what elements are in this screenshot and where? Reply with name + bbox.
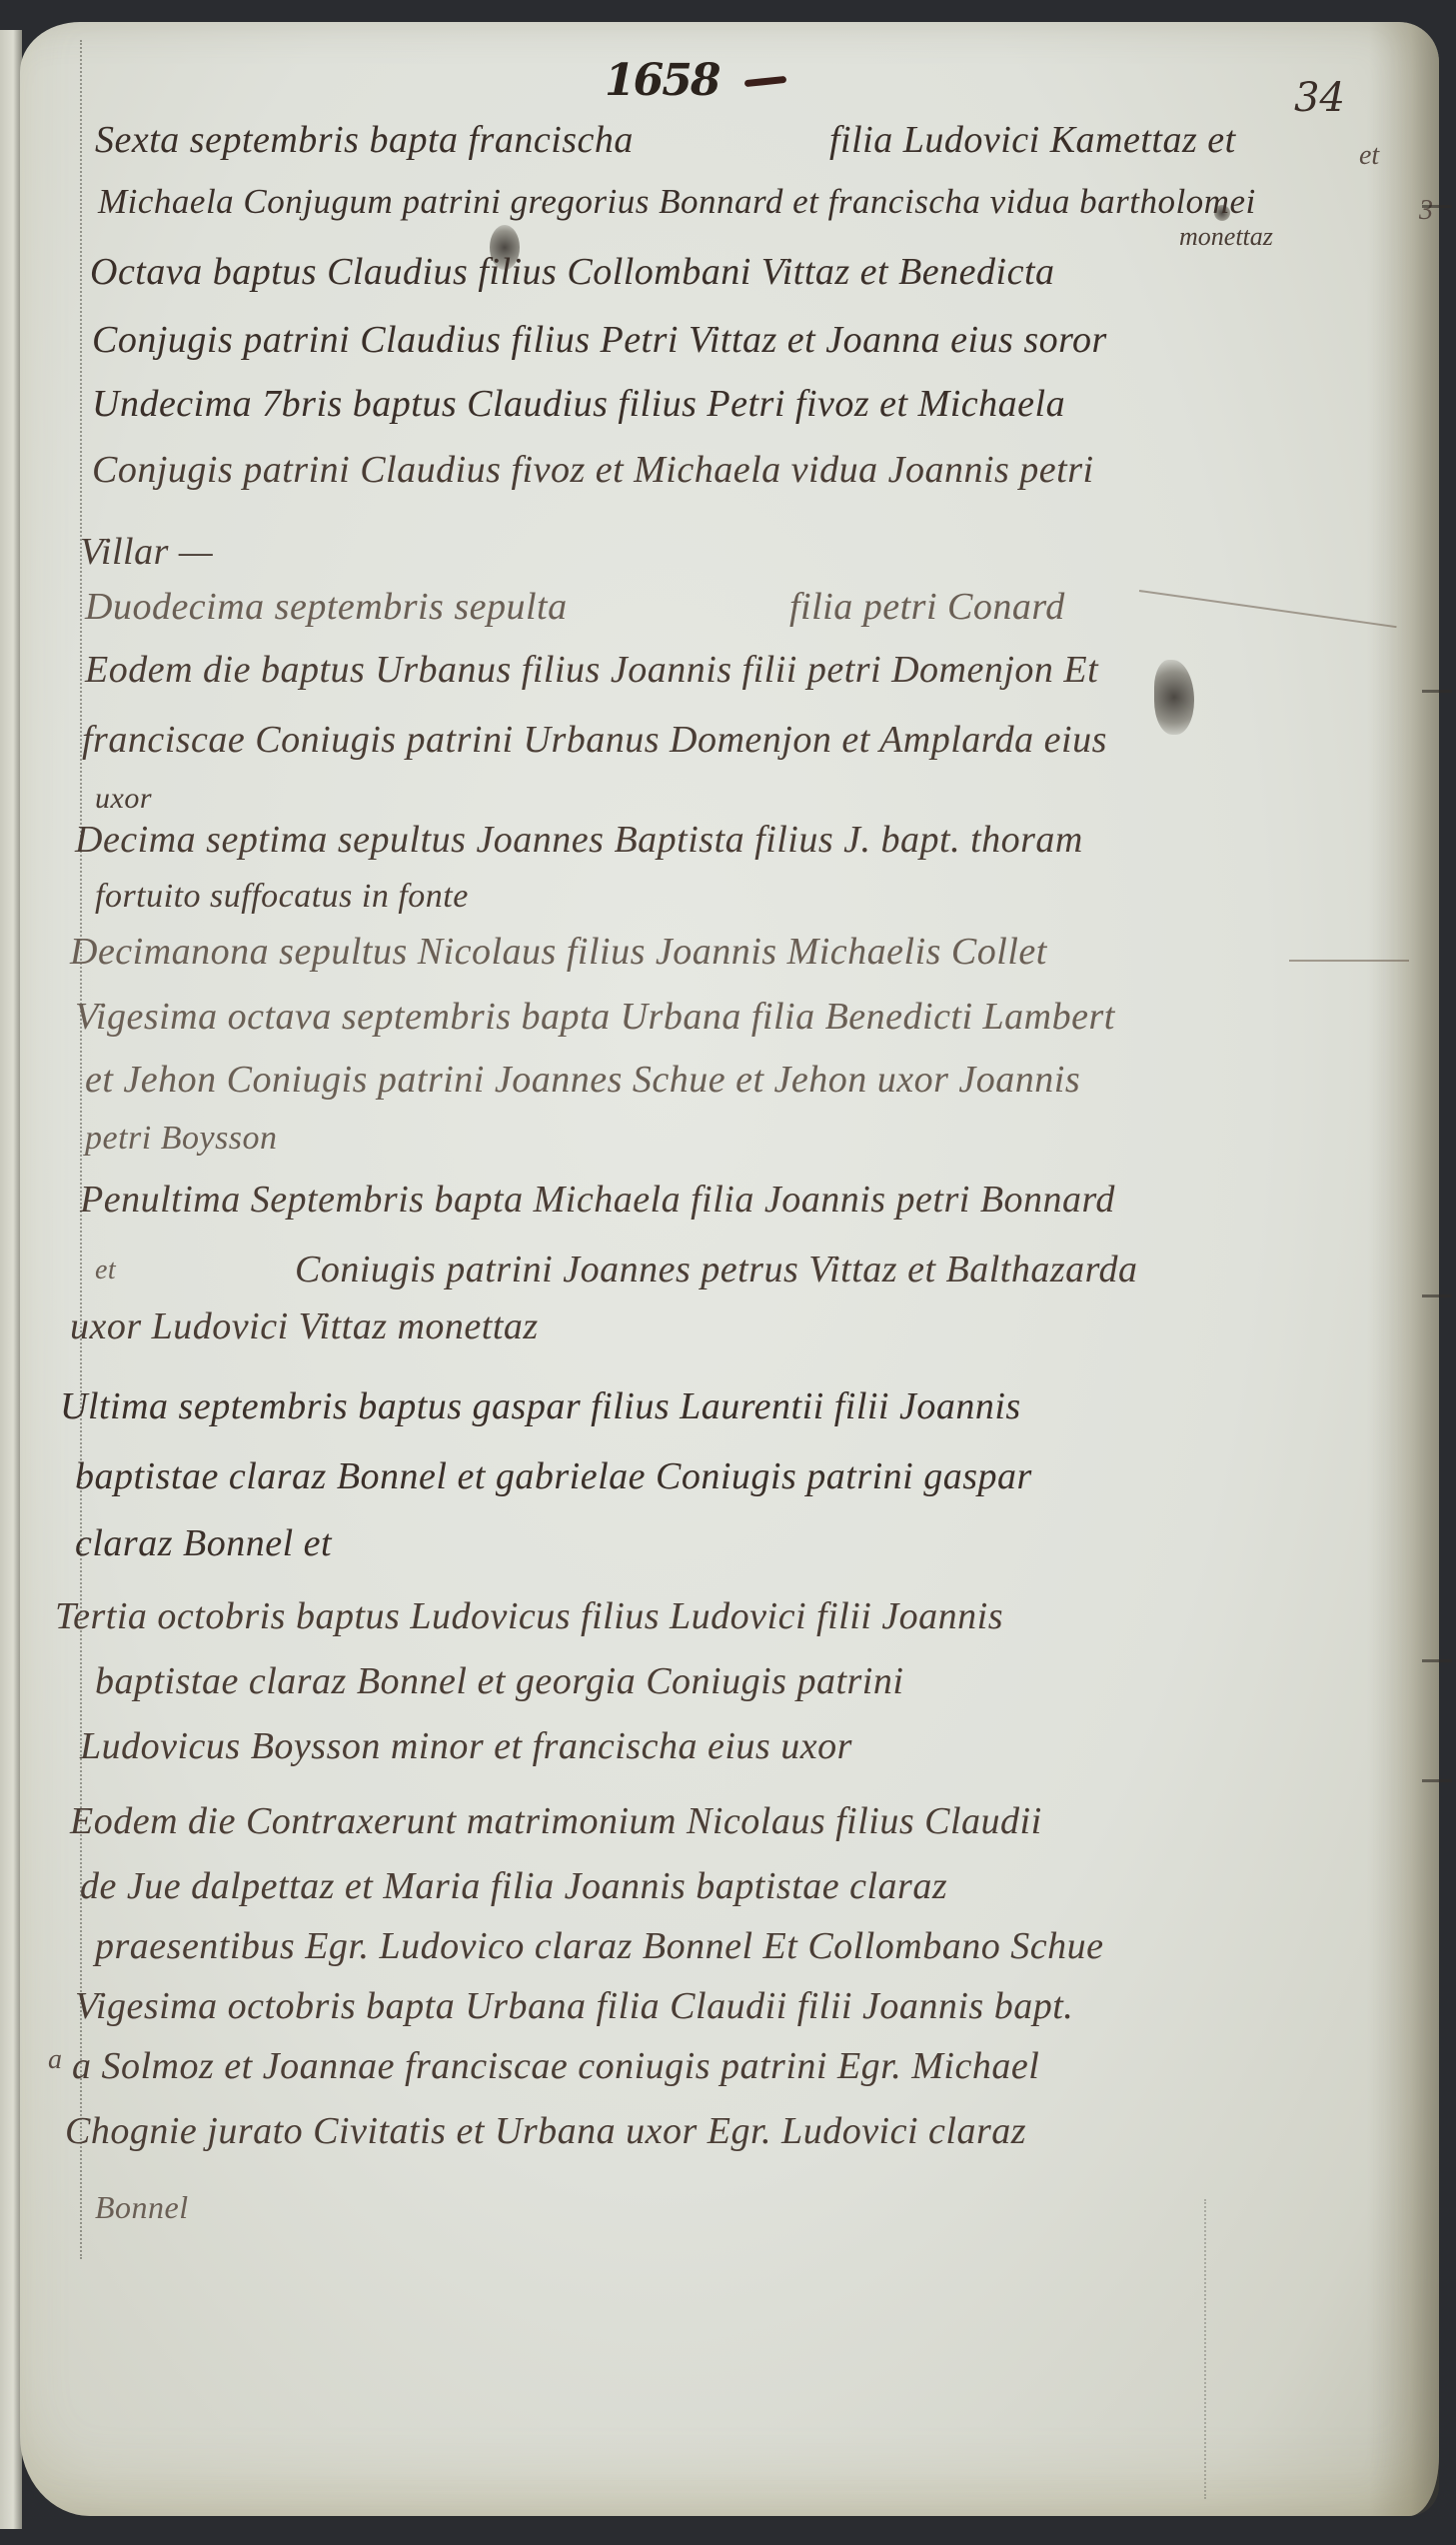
margin-stroke (1289, 960, 1409, 962)
margin-note: et (1359, 140, 1379, 172)
manuscript-line: Michaela Conjugum patrini gregorius Bonn… (98, 182, 1256, 222)
manuscript-line: claraz Bonnel et (75, 1521, 332, 1565)
manuscript-line: Bonnel (95, 2189, 189, 2226)
manuscript-line: de Jue dalpettaz et Maria filia Joannis … (80, 1864, 947, 1908)
manuscript-line: Vigesima octobris bapta Urbana filia Cla… (75, 1984, 1073, 2028)
manuscript-line: Chognie jurato Civitatis et Urbana uxor … (65, 2109, 1026, 2153)
manuscript-line: Decima septima sepultus Joannes Baptista… (75, 818, 1083, 862)
right-ruling-line (1204, 2199, 1206, 2499)
header-year: 1658 (605, 55, 719, 106)
manuscript-line: Octava baptus Claudius filius Collombani… (90, 250, 1055, 294)
page-gutter-shadow (1369, 22, 1439, 2516)
manuscript-line: Sexta septembris bapta francischa (95, 118, 634, 162)
margin-note: 3 (1419, 195, 1433, 227)
manuscript-line: Eodem die Contraxerunt matrimonium Nicol… (70, 1799, 1042, 1843)
manuscript-line: franciscae Coniugis patrini Urbanus Dome… (82, 718, 1107, 762)
manuscript-line: Decimanona sepultus Nicolaus filius Joan… (70, 930, 1047, 974)
left-margin-rule (80, 40, 82, 2259)
manuscript-line: Duodecima septembris sepulta (85, 585, 568, 629)
manuscript-line-continuation: filia Ludovici Kamettaz et (829, 118, 1236, 162)
edge-mark (1422, 1779, 1452, 1782)
manuscript-line: et Jehon Coniugis patrini Joannes Schue … (85, 1058, 1080, 1102)
edge-mark (1422, 205, 1452, 208)
manuscript-line: baptistae claraz Bonnel et gabrielae Con… (75, 1454, 1032, 1498)
adjacent-page-edge (0, 30, 22, 2529)
manuscript-line: Eodem die baptus Urbanus filius Joannis … (85, 648, 1098, 692)
manuscript-line: et (95, 1255, 116, 1286)
edge-mark (1422, 1659, 1452, 1662)
manuscript-line: praesentibus Egr. Ludovico claraz Bonnel… (95, 1924, 1103, 1968)
manuscript-line: petri Boysson (85, 1120, 278, 1158)
manuscript-line-continuation: filia petri Conard (789, 585, 1065, 629)
margin-note: a (48, 2044, 62, 2076)
manuscript-line: Vigesima octava septembris bapta Urbana … (75, 995, 1115, 1039)
manuscript-line: baptistae claraz Bonnel et georgia Coniu… (95, 1659, 903, 1703)
edge-mark (1422, 690, 1452, 693)
manuscript-line: a Solmoz et Joannae franciscae coniugis … (72, 2044, 1039, 2088)
manuscript-line: Tertia octobris baptus Ludovicus filius … (55, 1594, 1003, 1638)
interlinear-note: monettaz (1179, 222, 1273, 252)
manuscript-line: uxor (95, 782, 152, 816)
manuscript-line: Ultima septembris baptus gaspar filius L… (60, 1384, 1021, 1428)
manuscript-line: uxor Ludovici Vittaz monettaz (70, 1304, 539, 1348)
page-number: 34 (1294, 75, 1345, 121)
manuscript-line: fortuito suffocatus in fonte (95, 878, 469, 916)
edge-mark (1422, 1294, 1452, 1297)
manuscript-line: Ludovicus Boysson minor et francischa ei… (80, 1724, 852, 1768)
manuscript-line-continuation: Coniugis patrini Joannes petrus Vittaz e… (295, 1248, 1138, 1291)
manuscript-line: Undecima 7bris baptus Claudius filius Pe… (92, 382, 1065, 426)
manuscript-line: Villar — (80, 530, 213, 574)
manuscript-line: Conjugis patrini Claudius fivoz et Micha… (92, 448, 1094, 492)
manuscript-line: Penultima Septembris bapta Michaela fili… (80, 1178, 1115, 1222)
manuscript-line: Conjugis patrini Claudius filius Petri V… (92, 318, 1107, 362)
